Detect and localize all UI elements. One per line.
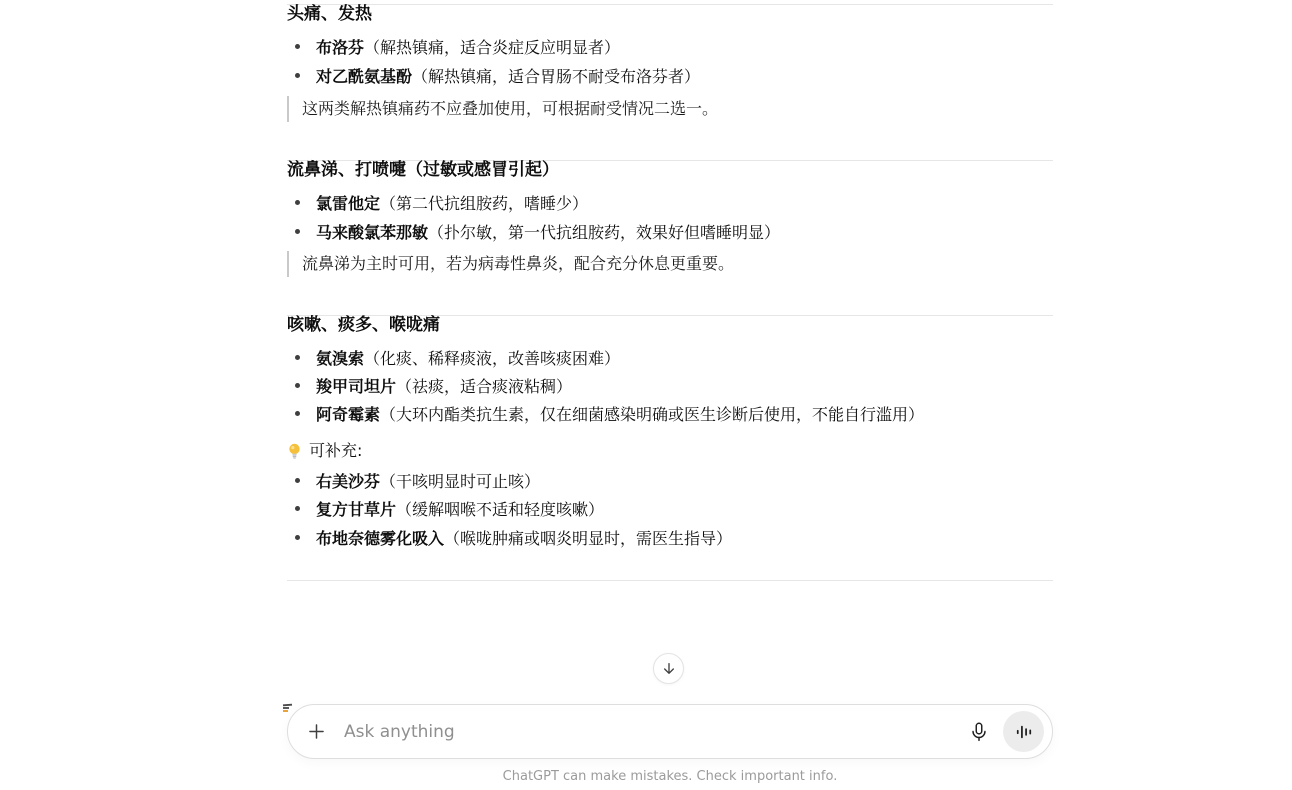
voice-mode-button[interactable]	[1003, 711, 1044, 752]
list-item: 氯雷他定（第二代抗组胺药，嗜睡少）	[287, 194, 1053, 213]
bullet-marker	[295, 506, 300, 511]
lightbulb-emoji	[287, 443, 302, 460]
bullet-marker	[295, 355, 300, 360]
bullet-marker	[295, 73, 300, 78]
dictate-button[interactable]	[963, 716, 995, 748]
attach-plus-button[interactable]	[302, 718, 330, 746]
bullet-marker	[295, 229, 300, 234]
list-item: 对乙酰氨基酚（解热镇痛，适合胃肠不耐受布洛芬者）	[287, 67, 1053, 86]
section-heading: 流鼻涕、打喷嚏（过敏或感冒引起）	[287, 161, 1053, 180]
drug-name: 复方甘草片	[316, 500, 396, 519]
drug-name: 氯雷他定	[316, 194, 380, 213]
bullet-marker	[295, 478, 300, 483]
drug-name: 布地奈德雾化吸入	[316, 529, 444, 548]
list-item: 马来酸氯苯那敏（扑尔敏，第一代抗组胺药，效果好但嗜睡明显）	[287, 223, 1053, 242]
drug-desc: （解热镇痛，适合炎症反应明显者）	[364, 38, 620, 57]
drug-name: 阿奇霉素	[316, 405, 380, 424]
list-item: 布地奈德雾化吸入（喉咙肿痛或咽炎明显时，需医生指导）	[287, 529, 1053, 548]
obscured-content-fragment	[283, 704, 293, 714]
drug-desc: （祛痰，适合痰液粘稠）	[396, 377, 572, 396]
list-item: 复方甘草片（缓解咽喉不适和轻度咳嗽）	[287, 500, 1053, 519]
drug-desc: （第二代抗组胺药，嗜睡少）	[380, 194, 588, 213]
bullet-marker	[295, 411, 300, 416]
section-divider	[287, 580, 1053, 581]
drug-name: 布洛芬	[316, 38, 364, 57]
chat-input[interactable]	[342, 721, 963, 743]
section-heading: 咳嗽、痰多、喉咙痛	[287, 316, 1053, 335]
bullet-marker	[295, 383, 300, 388]
microphone-icon	[968, 721, 990, 743]
disclaimer-text: ChatGPT can make mistakes. Check importa…	[287, 769, 1053, 785]
drug-desc: （解热镇痛，适合胃肠不耐受布洛芬者）	[412, 67, 700, 86]
tip-line: 可补充:	[287, 441, 1053, 461]
drug-desc: （扑尔敏，第一代抗组胺药，效果好但嗜睡明显）	[428, 223, 780, 242]
arrow-down-icon	[661, 661, 677, 677]
blockquote-note: 流鼻涕为主时可用，若为病毒性鼻炎，配合充分休息更重要。	[287, 251, 1053, 277]
drug-desc: （化痰、稀释痰液，改善咳痰困难）	[364, 349, 620, 368]
voice-waveform-icon	[1014, 722, 1034, 742]
drug-desc: （缓解咽喉不适和轻度咳嗽）	[396, 500, 604, 519]
drug-name: 羧甲司坦片	[316, 377, 396, 396]
drug-name: 马来酸氯苯那敏	[316, 223, 428, 242]
drug-name: 右美沙芬	[316, 472, 380, 491]
section-heading: 头痛、发热	[287, 5, 1053, 24]
bullet-marker	[295, 44, 300, 49]
drug-name: 对乙酰氨基酚	[316, 67, 412, 86]
list-item: 羧甲司坦片（祛痰，适合痰液粘稠）	[287, 377, 1053, 396]
bullet-marker	[295, 200, 300, 205]
scroll-to-bottom-button[interactable]	[653, 653, 684, 684]
assistant-message: 头痛、发热 布洛芬（解热镇痛，适合炎症反应明显者） 对乙酰氨基酚（解热镇痛，适合…	[287, 0, 1053, 581]
blockquote-note: 这两类解热镇痛药不应叠加使用，可根据耐受情况二选一。	[287, 96, 1053, 122]
list-item: 阿奇霉素（大环内酯类抗生素，仅在细菌感染明确或医生诊断后使用，不能自行滥用）	[287, 405, 1053, 424]
message-composer[interactable]	[287, 704, 1053, 759]
drug-desc: （干咳明显时可止咳）	[380, 472, 540, 491]
drug-desc: （大环内酯类抗生素，仅在细菌感染明确或医生诊断后使用，不能自行滥用）	[380, 405, 924, 424]
bullet-marker	[295, 535, 300, 540]
list-item: 氨溴索（化痰、稀释痰液，改善咳痰困难）	[287, 349, 1053, 368]
drug-desc: （喉咙肿痛或咽炎明显时，需医生指导）	[444, 529, 732, 548]
drug-name: 氨溴索	[316, 349, 364, 368]
list-item: 右美沙芬（干咳明显时可止咳）	[287, 472, 1053, 491]
list-item: 布洛芬（解热镇痛，适合炎症反应明显者）	[287, 38, 1053, 57]
plus-icon	[306, 721, 327, 742]
tip-label: 可补充:	[309, 441, 362, 461]
